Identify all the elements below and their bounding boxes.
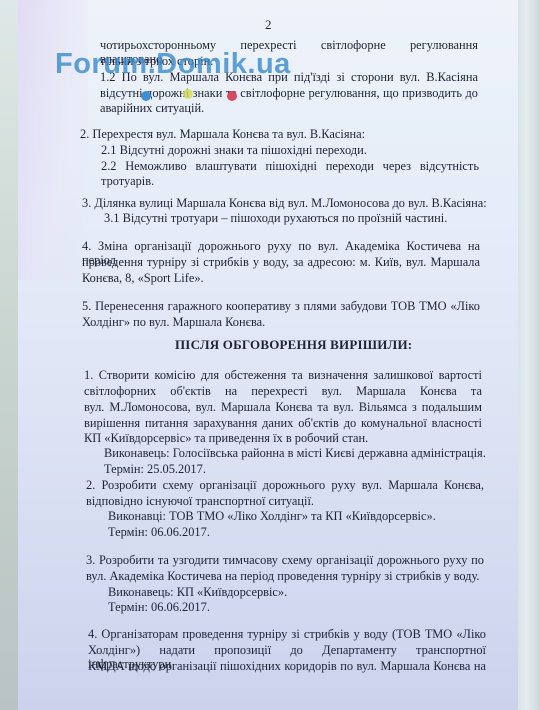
decision-1-line-2: світлофорних об'єктів на перехресті вул.…	[84, 384, 482, 398]
watermark-dot-blue-icon	[141, 91, 151, 101]
document-page: 2 чотирьохсторонньому перехресті світлоф…	[0, 0, 540, 710]
issue-4-line-2: проведення турніру зі стрибків у воду, з…	[82, 255, 480, 269]
decision-3-executor: Виконавець: КП «Київдорсервіс».	[108, 585, 287, 599]
decision-3-line-1: 3. Розробити та узгодити тимчасову схему…	[86, 553, 484, 567]
decision-2-line-2: відповідно існуючої транспортної ситуаці…	[86, 494, 314, 508]
decisions-heading: ПІСЛЯ ОБГОВОРЕННЯ ВИРІШИЛИ:	[175, 338, 412, 352]
issue-5-line-1: 5. Перенесення гаражного кооперативу з п…	[82, 299, 480, 313]
decision-2-executor: Виконавці: ТОВ ТМО «Ліко Холдінг» та КП …	[108, 509, 436, 523]
issue-1-2-line-2: відсутні дорожні знаки та світлофорне ре…	[100, 86, 478, 100]
decision-1-line-3: вул. М.Ломоносова, вул. Маршала Конєва т…	[84, 400, 482, 414]
decision-1-line-1: 1. Створити комісію для обстеження та ви…	[84, 368, 482, 382]
watermark-dot-yellow-icon	[183, 89, 193, 99]
decision-3-deadline: Термін: 06.06.2017.	[108, 600, 210, 614]
decision-4-line-3: КМДА щодо організації пішохідних коридор…	[88, 659, 486, 673]
decision-1-line-5: КП «Київдорсервіс» та приведення їх в ро…	[84, 431, 368, 445]
decision-1-executor: Виконавець: Голосіївська районна в місті…	[104, 446, 486, 460]
issue-4-line-3: Конєва, 8, «Sport Life».	[82, 271, 204, 285]
decision-1-line-4: вирішення питання зарахування даних об'є…	[84, 416, 482, 430]
issue-2-2-line-2: тротуарів.	[101, 174, 154, 188]
issue-1-2-line-3: аварійних ситуацій.	[100, 101, 204, 115]
decision-3-line-2: вул. Академіка Костичева на період прове…	[86, 569, 480, 583]
watermark-logo: Forum.Domik.ua	[55, 48, 291, 81]
decision-1-deadline: Термін: 25.05.2017.	[104, 462, 206, 476]
issue-3-title: 3. Ділянка вулиці Маршала Конєва від вул…	[82, 196, 487, 210]
decision-4-line-1: 4. Організаторам проведення турніру зі с…	[88, 627, 486, 641]
decision-2-line-1: 2. Розробити схему організації дорожньог…	[86, 478, 484, 492]
issue-5-line-2: Холдінг» по вул. Маршала Конєва.	[82, 315, 265, 329]
issue-2-1: 2.1 Відсутні дорожні знаки та пішохідні …	[101, 143, 367, 157]
decision-2-deadline: Термін: 06.06.2017.	[108, 525, 210, 539]
issue-3-1: 3.1 Відсутні тротуари – пішоходи рухають…	[104, 211, 447, 225]
issue-2-title: 2. Перехрестя вул. Маршала Конєва та вул…	[80, 127, 365, 141]
issue-2-2-line-1: 2.2 Неможливо влаштувати пішохідні перех…	[101, 159, 479, 173]
watermark-dot-red-icon	[227, 91, 237, 101]
page-number: 2	[265, 17, 272, 33]
